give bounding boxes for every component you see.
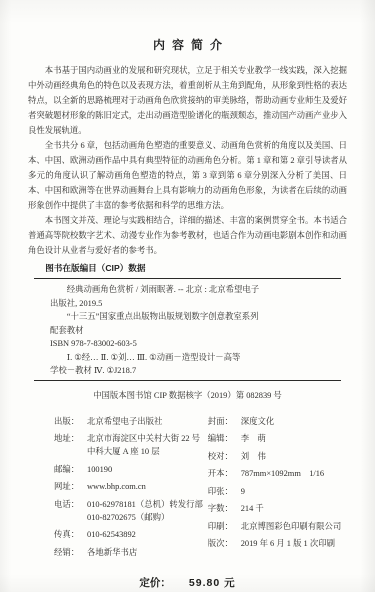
colophon-value: 北京博图彩色印刷有限公司 bbox=[241, 520, 345, 533]
colophon-label: 出版： bbox=[54, 415, 87, 428]
colophon-row-printer: 印刷： 北京博图彩色印刷有限公司 bbox=[208, 520, 345, 533]
cip-line: 出版社, 2019.5 bbox=[50, 297, 347, 311]
colophon-left-column: 出版： 北京希望电子出版社 地址： 北京市海淀区中关村大街 22 号 中科大厦 … bbox=[54, 415, 208, 564]
price-line: 定价：59.80 元 bbox=[28, 575, 347, 590]
colophon-value: 李 萌 bbox=[241, 432, 345, 445]
cip-registry-number: 中国版本图书馆 CIP 数据核字（2019）第 082839 号 bbox=[28, 389, 347, 403]
intro-paragraph: 本书图文并茂、理论与实践相结合，详细的描述、丰富的案例贯穿全书。本书适合普通高等… bbox=[28, 213, 347, 258]
colophon-value: 刘 伟 bbox=[241, 450, 345, 463]
intro-paragraph: 本书基于国内动画业的发展和研究现状，立足于相关专业教学一线实践，深入挖掘中外动画… bbox=[28, 63, 347, 138]
colophon-row-address: 地址： 北京市海淀区中关村大街 22 号 中科大厦 A 座 10 层 bbox=[54, 432, 208, 458]
cip-isbn: ISBN 978-7-83002-603-5 bbox=[50, 337, 347, 351]
colophon-row-editor: 编辑： 李 萌 bbox=[208, 432, 345, 445]
copyright-page: 内容简介 本书基于国内动画业的发展和研究现状，立足于相关专业教学一线实践，深入挖… bbox=[0, 0, 375, 592]
colophon-label: 地址： bbox=[54, 432, 87, 458]
colophon-right-column: 封面： 深度文化 编辑： 李 萌 校对： 刘 伟 开本： 787mm×1092m… bbox=[208, 415, 345, 564]
cip-block: 经典动画角色赏析 / 刘雨眠著. -- 北京 : 北京希望电子 出版社, 201… bbox=[28, 283, 347, 378]
colophon-label: 开本： bbox=[208, 467, 241, 480]
colophon-row-cover: 封面： 深度文化 bbox=[208, 415, 345, 428]
colophon-value: 北京市海淀区中关村大街 22 号 bbox=[87, 432, 208, 445]
colophon-value: 214 千 bbox=[241, 502, 345, 515]
colophon-label: 经销： bbox=[54, 546, 87, 559]
divider-rule-bottom bbox=[34, 380, 341, 381]
colophon-value: 787mm×1092mm 1/16 bbox=[241, 467, 345, 480]
price-label: 定价： bbox=[139, 577, 171, 589]
colophon-label: 字数： bbox=[208, 502, 241, 515]
colophon-value: 010-62543892 bbox=[87, 528, 208, 541]
colophon-row-proofreader: 校对： 刘 伟 bbox=[208, 450, 345, 463]
cip-line: Ⅰ. ①经… Ⅱ. ①刘… Ⅲ. ①动画－造型设计－高等 bbox=[50, 351, 347, 365]
colophon-row-phone: 电话： 010-62978181（总机）转发行部 010-82702675（邮购… bbox=[54, 498, 208, 524]
colophon-label: 印刷： bbox=[208, 520, 241, 533]
colophon-value: 各地新华书店 bbox=[87, 546, 208, 559]
colophon-value: 北京希望电子出版社 bbox=[87, 415, 208, 428]
colophon-value: 100190 bbox=[87, 463, 208, 476]
colophon-row-format: 开本： 787mm×1092mm 1/16 bbox=[208, 467, 345, 480]
colophon-row-postcode: 邮编： 100190 bbox=[54, 463, 208, 476]
colophon-row-website: 网址： www.bhp.com.cn bbox=[54, 480, 208, 493]
cip-line: 学校－教材 Ⅳ. ①J218.7 bbox=[50, 364, 347, 378]
colophon-label: 印张： bbox=[208, 485, 241, 498]
intro-paragraph: 全书共分 6 章，包括动画角色塑造的重要意义、动画角色赏析的角度以及美国、日本、… bbox=[28, 138, 347, 213]
colophon-value: 中科大厦 A 座 10 层 bbox=[87, 445, 208, 458]
colophon-label: 网址： bbox=[54, 480, 87, 493]
cip-line: “十三五”国家重点出版物出版规划数字创意教室系列 bbox=[50, 310, 347, 324]
page-title: 内容简介 bbox=[35, 36, 347, 53]
colophon-label: 电话： bbox=[54, 498, 87, 524]
colophon-value: 010-82702675（邮购） bbox=[87, 511, 208, 524]
colophon-value: 010-62978181（总机）转发行部 bbox=[87, 498, 208, 511]
colophon-label: 版次： bbox=[208, 537, 241, 550]
colophon-value: 深度文化 bbox=[241, 415, 345, 428]
colophon-value: 2019 年 6 月 1 版 1 次印刷 bbox=[241, 537, 345, 550]
colophon-row-distributor: 经销： 各地新华书店 bbox=[54, 546, 208, 559]
colophon-row-sheets: 印张： 9 bbox=[208, 485, 345, 498]
price-value: 59.80 元 bbox=[189, 577, 236, 589]
colophon-row-edition: 版次： 2019 年 6 月 1 版 1 次印刷 bbox=[208, 537, 345, 550]
colophon-row-fax: 传真： 010-62543892 bbox=[54, 528, 208, 541]
colophon-row-wordcount: 字数： 214 千 bbox=[208, 502, 345, 515]
colophon-value-url: www.bhp.com.cn bbox=[87, 480, 208, 493]
colophon-label: 编辑： bbox=[208, 432, 241, 445]
divider-rule-top bbox=[34, 278, 341, 279]
colophon-label: 封面： bbox=[208, 415, 241, 428]
colophon-label: 校对： bbox=[208, 450, 241, 463]
colophon-label: 邮编： bbox=[54, 463, 87, 476]
cip-heading: 图书在版编目（CIP）数据 bbox=[28, 261, 347, 275]
colophon-value: 9 bbox=[241, 485, 345, 498]
colophon-row-publisher: 出版： 北京希望电子出版社 bbox=[54, 415, 208, 428]
cip-line: 配套教材 bbox=[50, 324, 347, 338]
cip-line: 经典动画角色赏析 / 刘雨眠著. -- 北京 : 北京希望电子 bbox=[50, 283, 347, 297]
colophon: 出版： 北京希望电子出版社 地址： 北京市海淀区中关村大街 22 号 中科大厦 … bbox=[28, 415, 347, 564]
colophon-label: 传真： bbox=[54, 528, 87, 541]
